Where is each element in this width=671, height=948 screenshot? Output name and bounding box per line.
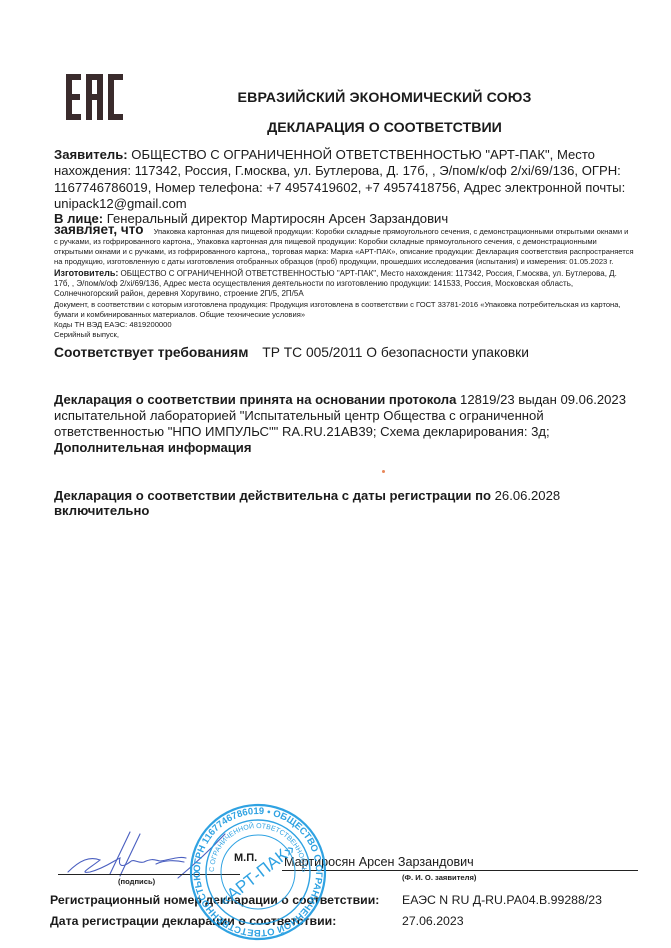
applicant-label: Заявитель: [54,147,128,162]
basis-section: Декларация о соответствии принята на осн… [54,392,640,441]
registration-number-value: ЕАЭС N RU Д-RU.РА04.В.99288/23 [402,893,602,907]
company-stamp-icon: ОГРН 1167746786019 • ОБЩЕСТВО С ОГРАНИЧЕ… [188,800,328,945]
manufacturer-section: Изготовитель: ОБЩЕСТВО С ОГРАНИЧЕННОЙ ОТ… [54,268,634,340]
declares-label: заявляет, что [54,222,143,237]
conforms-text: ТР ТС 005/2011 О безопасности упаковки [262,345,529,360]
name-caption: (Ф. И. О. заявителя) [402,873,476,882]
validity-date: 26.06.2028 [495,488,561,503]
manufacturer-document: Документ, в соответствии с которым изгот… [54,300,634,320]
validity-section: Декларация о соответствии действительна … [54,488,640,518]
basis-label: Декларация о соответствии принята на осн… [54,392,456,407]
ink-spot [382,470,385,473]
registration-date-value: 27.06.2023 [402,914,464,928]
name-line [282,870,638,871]
tnved-codes: Коды ТН ВЭД ЕАЭС: 4819200000 [54,320,634,330]
validity-label: Декларация о соответствии действительна … [54,488,491,503]
manufacturer-label: Изготовитель: [54,268,118,278]
document-title: ДЕКЛАРАЦИЯ О СООТВЕТСТВИИ [0,120,671,136]
declares-section: заявляет, что Упаковка картонная для пищ… [54,225,634,267]
additional-info-heading: Дополнительная информация [54,440,640,456]
applicant-section: Заявитель: ОБЩЕСТВО С ОГРАНИЧЕННОЙ ОТВЕТ… [54,147,640,212]
validity-suffix: включительно [54,503,640,518]
signature-caption: (подпись) [118,877,155,886]
union-heading: ЕВРАЗИЙСКИЙ ЭКОНОМИЧЕСКИЙ СОЮЗ [0,90,671,106]
conforms-label: Соответствует требованиям [54,345,248,360]
release-type: Серийный выпуск, [54,330,634,340]
applicant-text: ОБЩЕСТВО С ОГРАНИЧЕННОЙ ОТВЕТСТВЕННОСТЬЮ… [54,147,625,211]
manufacturer-text: ОБЩЕСТВО С ОГРАНИЧЕННОЙ ОТВЕТСТВЕННОСТЬЮ… [54,269,617,298]
conforms-section: Соответствует требованиям ТР ТС 005/2011… [54,345,640,361]
representative-text: Генеральный директор Мартиросян Арсен За… [107,211,448,226]
